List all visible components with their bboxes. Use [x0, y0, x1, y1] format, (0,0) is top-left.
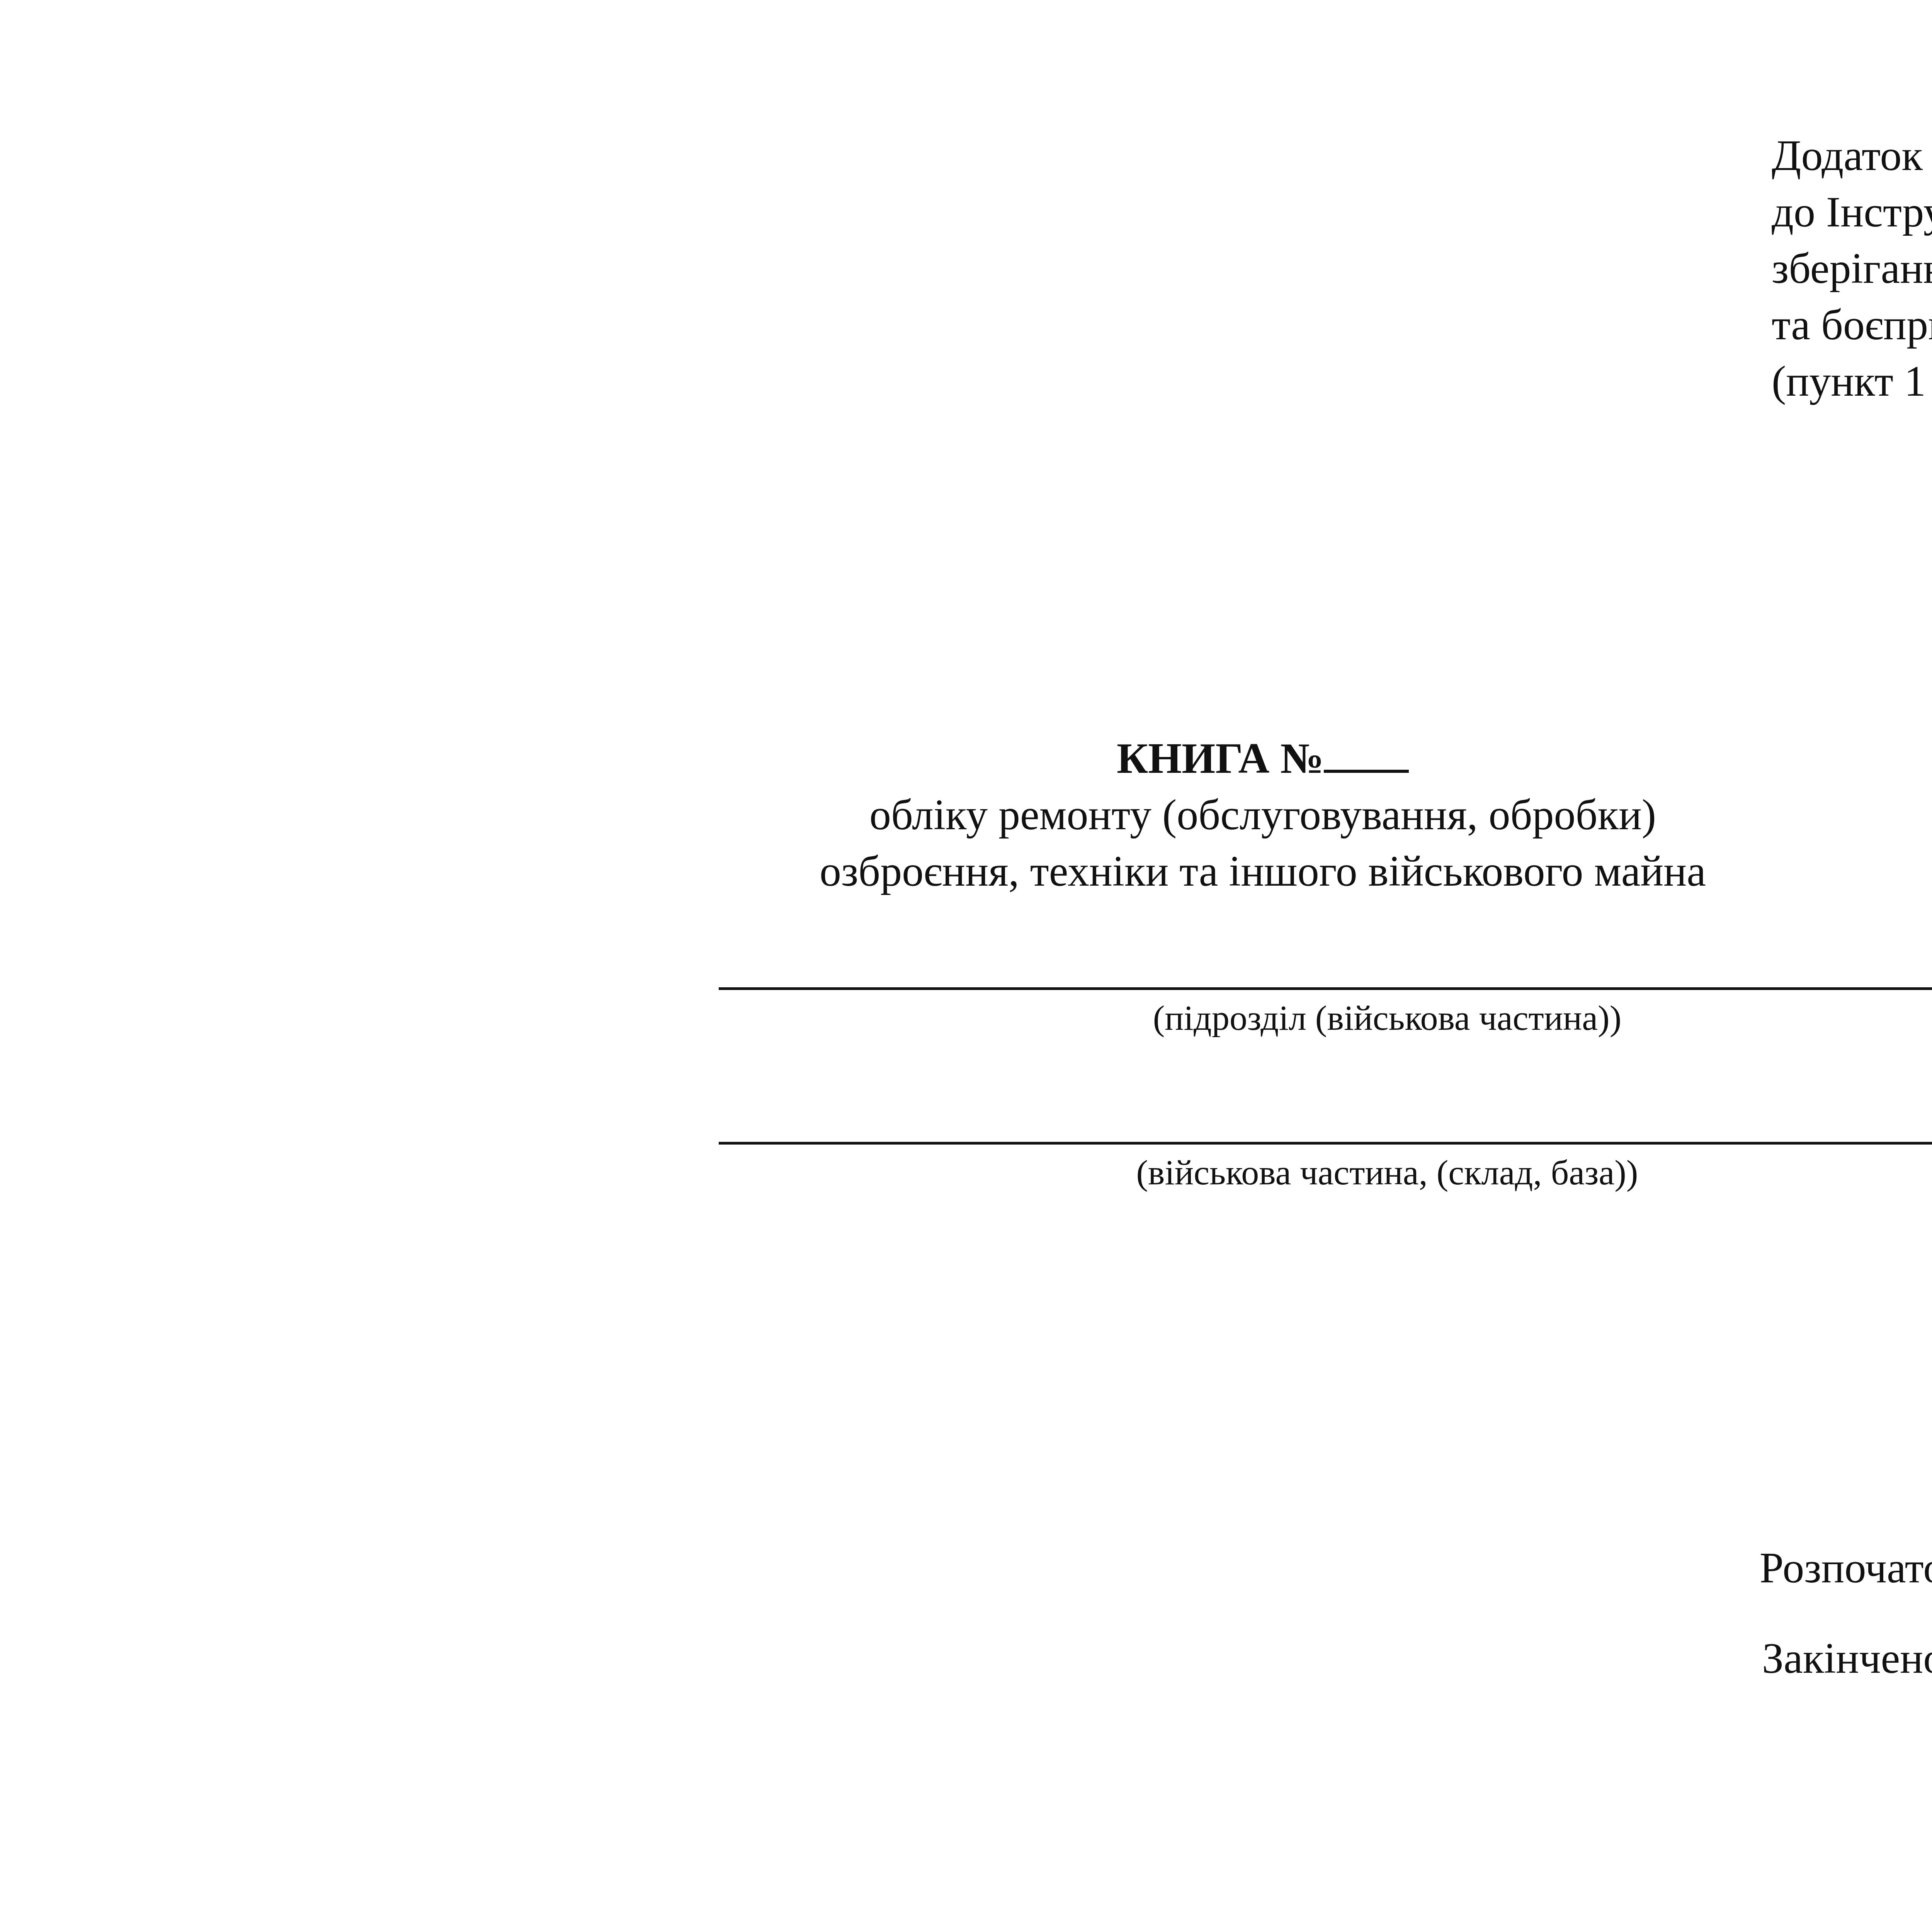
appendix-number: Додаток 40 — [1772, 128, 1932, 184]
finished-row: Закінчено «» 20 року — [1760, 1630, 1932, 1687]
title-block: КНИГА № обліку ремонту (обслуговування, … — [0, 730, 1932, 900]
finished-label: Закінчено — [1762, 1635, 1932, 1682]
book-title: КНИГА № — [216, 730, 1932, 787]
subdivision-field: (підрозділ (військова частина)) — [719, 987, 1932, 1041]
subdivision-input-line[interactable] — [719, 987, 1932, 990]
subdivision-caption: (підрозділ (військова частина)) — [719, 995, 1932, 1041]
book-number-field[interactable] — [1324, 770, 1409, 773]
appendix-ref-line-1: до Інструкції про організацію обліку, — [1772, 184, 1932, 240]
military-unit-input-line[interactable] — [719, 1142, 1932, 1145]
book-subtitle-line-2: озброєння, техніки та іншого військового… — [216, 843, 1932, 900]
appendix-header: Додаток 40 до Інструкції про організацію… — [1772, 128, 1932, 410]
book-label: КНИГА № — [1117, 735, 1324, 782]
military-unit-field: (військова частина, (склад, база)) — [719, 1142, 1932, 1196]
appendix-ref-line-3: та боєприпасів у Збройних Силах України — [1772, 297, 1932, 353]
dates-block: Розпочато «» 20 року Закінчено «» 20 рок… — [1760, 1540, 1932, 1811]
started-label: Розпочато — [1760, 1544, 1932, 1592]
military-unit-caption: (військова частина, (склад, база)) — [719, 1149, 1932, 1196]
appendix-ref-line-2: зберігання і видачі стрілецької зброї — [1772, 240, 1932, 297]
started-row: Розпочато «» 20 року — [1760, 1540, 1932, 1596]
book-subtitle-line-1: обліку ремонту (обслуговування, обробки) — [216, 787, 1932, 843]
sheets-row: На арк. — [1760, 1721, 1932, 1777]
appendix-ref-line-4: (пункт 1 розділу VI) — [1772, 353, 1932, 410]
